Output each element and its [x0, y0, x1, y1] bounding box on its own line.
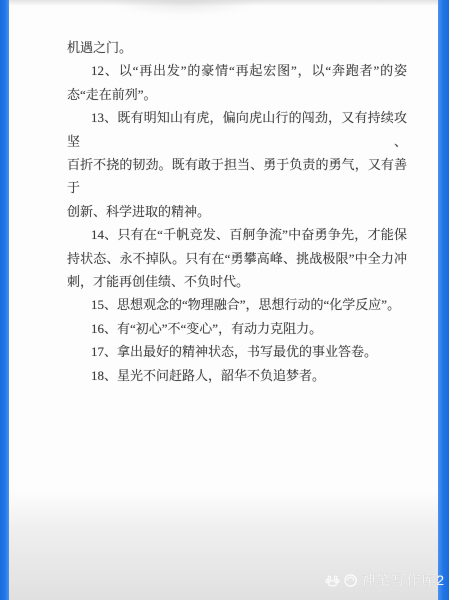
text-line: 18、星光不问赶路人，韶华不负追梦者。 — [67, 364, 407, 387]
page-top-smudge — [109, 0, 259, 16]
text-line: 创新、科学进取的精神。 — [67, 200, 407, 223]
text-line: 13、既有明知山有虎，偏向虎山行的闯劲，又有持续攻坚、 — [67, 106, 407, 153]
text-line: 态“走在前列”。 — [67, 83, 407, 106]
text-line: 持状态、永不掉队。只有在“勇攀高峰、挑战极限”中全力冲 — [67, 247, 407, 270]
text-line: 15、思想观念的“物理融合”，思想行动的“化学反应”。 — [67, 293, 407, 316]
text-line: 百折不挠的韧劲。既有敢于担当、勇于负责的勇气，又有善于 — [67, 153, 407, 200]
watermark-text: 神笔写作库2 — [361, 570, 445, 590]
watermark: 神笔写作库2 — [325, 570, 445, 590]
document-page: 机遇之门。12、以“再出发”的豪情“再起宏图”，以“奔跑者”的姿态“走在前列”。… — [9, 0, 438, 600]
text-line: 16、有“初心”不“变心”，有动力克阻力。 — [67, 317, 407, 340]
text-line: 刺，才能再创佳绩、不负时代。 — [67, 270, 407, 293]
swirl-icon — [343, 573, 358, 588]
right-blue-edge — [438, 0, 449, 600]
text-line: 机遇之门。 — [67, 36, 407, 59]
paw-icon — [325, 573, 340, 588]
text-line: 17、拿出最好的精神状态，书写最优的事业答卷。 — [67, 340, 407, 363]
text-line: 12、以“再出发”的豪情“再起宏图”，以“奔跑者”的姿 — [67, 59, 407, 82]
text-line: 14、只有在“千帆竞发、百舸争流”中奋勇争先，才能保 — [67, 223, 407, 246]
left-blue-edge — [0, 0, 9, 600]
document-text-block: 机遇之门。12、以“再出发”的豪情“再起宏图”，以“奔跑者”的姿态“走在前列”。… — [67, 36, 407, 387]
